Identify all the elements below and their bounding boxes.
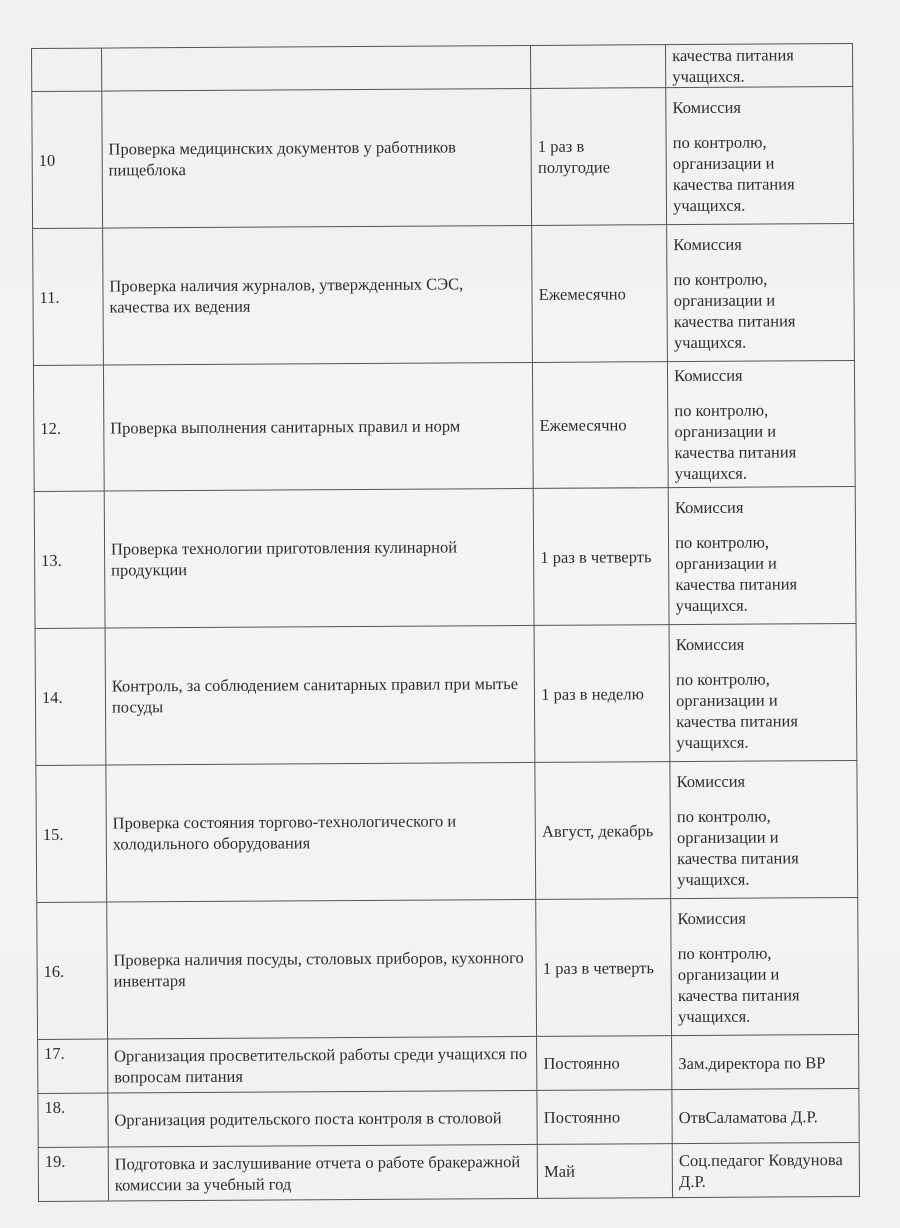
period-text: Ежемесячно xyxy=(539,415,626,435)
responsible-line: по контролю, xyxy=(675,531,849,553)
responsible-cell: Зам.директора по ВР xyxy=(672,1034,859,1089)
table-row: 14.Контроль, за соблюдением санитарных п… xyxy=(35,623,857,765)
responsible-line: по контролю, xyxy=(677,805,851,827)
responsible-cell: Комиссияпо контролю,организации икачеств… xyxy=(667,223,855,361)
period-cell: 1 раз в неделю xyxy=(534,625,670,763)
responsible-line: качества питания xyxy=(677,847,851,869)
responsible-line: качества питания xyxy=(678,984,852,1006)
period-cell: Ежемесячно xyxy=(532,225,668,363)
responsible-line: учащихся. xyxy=(674,331,848,353)
responsible-line: организации и xyxy=(674,289,848,311)
period-cell: Постоянно xyxy=(537,1090,672,1145)
responsible-line: учащихся. xyxy=(673,194,847,216)
document-page: качества питания учащихся. 10Проверка ме… xyxy=(0,0,900,1228)
table-row: 16.Проверка наличия посуды, столовых при… xyxy=(37,897,859,1039)
activity-cell: Проверка медицинских документов у работн… xyxy=(102,88,532,228)
activity-cell: Подготовка и заслушивание отчета о работ… xyxy=(108,1144,538,1201)
responsible-line: по контролю, xyxy=(678,942,852,964)
responsible-cell: Соц.педагог Ковдунова Д.Р. xyxy=(672,1142,859,1197)
activity-text: Проверка выполнения санитарных правил и … xyxy=(110,416,460,437)
activity-cell: Проверка наличия посуды, столовых прибор… xyxy=(107,899,537,1039)
row-number: 19. xyxy=(45,1152,66,1171)
row-number-cell: 13. xyxy=(34,491,105,628)
responsible-line: по контролю, xyxy=(673,131,847,153)
row-number-cell: 19. xyxy=(38,1147,108,1201)
period-cell: 1 раз в полугодие xyxy=(531,88,667,226)
row-number-cell: 18. xyxy=(38,1093,108,1147)
responsible-line: организации и xyxy=(678,963,852,985)
period-cell: Май xyxy=(537,1144,672,1199)
responsible-line: учащихся. xyxy=(676,731,850,753)
table-row: 18.Организация родительского поста контр… xyxy=(38,1088,859,1147)
activity-text: Контроль, за соблюдением санитарных прав… xyxy=(112,674,518,716)
period-cell xyxy=(531,45,666,89)
responsible-title: Комиссия xyxy=(675,496,849,518)
activity-text: Организация родительского поста контроля… xyxy=(114,1108,501,1129)
responsible-line: качества питания xyxy=(673,173,847,195)
period-text: Май xyxy=(544,1162,575,1181)
row-number-cell: 12. xyxy=(33,365,104,491)
activity-cell: Организация родительского поста контроля… xyxy=(108,1090,538,1147)
responsible-line: качества питания xyxy=(674,310,848,332)
period-cell: 1 раз в четверть xyxy=(536,899,672,1037)
responsible-cell: Комиссияпо контролю,организации икачеств… xyxy=(670,760,858,898)
responsible-title: Комиссия xyxy=(677,907,851,929)
period-cell: Август, декабрь xyxy=(535,762,671,900)
row-number: 11. xyxy=(39,287,59,306)
period-cell: 1 раз в четверть xyxy=(533,488,669,626)
row-number-cell: 15. xyxy=(36,765,107,902)
responsible-line: качества питания xyxy=(675,441,849,463)
activity-text: Проверка наличия посуды, столовых прибор… xyxy=(113,948,523,991)
activity-text: Проверка медицинских документов у работн… xyxy=(108,137,456,179)
responsible-line: качества питания xyxy=(675,573,849,595)
responsible-cell: качества питания учащихся. xyxy=(666,43,853,87)
row-number-cell: 14. xyxy=(35,628,106,765)
responsible-line: качества питания xyxy=(676,710,850,732)
responsible-cell: Комиссияпо контролю,организации икачеств… xyxy=(671,897,859,1035)
period-cell: Постоянно xyxy=(537,1036,672,1091)
table-row-continuation: качества питания учащихся. xyxy=(32,43,853,91)
period-cell: Ежемесячно xyxy=(533,362,669,489)
row-number: 13. xyxy=(41,550,62,569)
responsible-title: Комиссия xyxy=(672,96,846,118)
row-number: 17. xyxy=(44,1044,65,1063)
activity-text: Проверка наличия журналов, утвержденных … xyxy=(109,274,463,316)
responsible-line: учащихся. xyxy=(672,65,846,87)
row-number: 16. xyxy=(44,961,65,980)
activity-cell: Проверка выполнения санитарных правил и … xyxy=(103,362,533,491)
responsible-cell: Комиссияпо контролю,организации икачеств… xyxy=(668,360,856,487)
row-number-cell xyxy=(32,48,102,91)
responsible-title: Комиссия xyxy=(677,770,851,792)
activity-cell: Организация просветительской работы сред… xyxy=(107,1036,537,1093)
responsible-text: Соц.педагог Ковдунова Д.Р. xyxy=(679,1150,843,1191)
activity-text: Организация просветительской работы сред… xyxy=(114,1043,527,1086)
period-text: 1 раз в четверть xyxy=(540,547,651,567)
responsible-line: организации и xyxy=(674,420,848,442)
responsible-cell: Комиссияпо контролю,организации икачеств… xyxy=(668,486,856,624)
row-number: 12. xyxy=(40,419,61,438)
responsible-line: организации и xyxy=(673,152,847,174)
responsible-line: учащихся. xyxy=(677,868,851,890)
table-row: 12.Проверка выполнения санитарных правил… xyxy=(33,360,855,491)
responsible-title: Комиссия xyxy=(673,233,847,255)
responsible-title: Комиссия xyxy=(676,633,850,655)
food-control-plan-table: качества питания учащихся. 10Проверка ме… xyxy=(31,43,860,1202)
activity-cell: Проверка наличия журналов, утвержденных … xyxy=(103,225,533,365)
responsible-cell: Комиссияпо контролю,организации икачеств… xyxy=(669,623,857,761)
period-text: 1 раз в четверть xyxy=(543,958,654,978)
row-number-cell: 17. xyxy=(38,1039,108,1093)
responsible-line: по контролю, xyxy=(673,268,847,290)
period-text: 1 раз в неделю xyxy=(541,684,644,704)
responsible-line: качества питания xyxy=(672,44,846,66)
activity-text: Проверка состояния торгово-технологическ… xyxy=(113,811,457,853)
responsible-line: учащихся. xyxy=(675,462,849,484)
responsible-line: организации и xyxy=(676,689,850,711)
table-row: 11.Проверка наличия журналов, утвержденн… xyxy=(33,223,855,365)
row-number-cell: 10 xyxy=(32,91,103,228)
table-row: 15.Проверка состояния торгово-технологич… xyxy=(36,760,858,902)
responsible-cell: ОтвСаламатова Д.Р. xyxy=(672,1088,859,1143)
responsible-line: учащихся. xyxy=(678,1005,852,1027)
period-text: Постоянно xyxy=(544,1107,620,1126)
responsible-title: Комиссия xyxy=(674,364,848,386)
row-number: 18. xyxy=(44,1098,65,1117)
responsible-line: по контролю, xyxy=(676,668,850,690)
period-text: 1 раз в полугодие xyxy=(538,137,610,177)
table-row: 10Проверка медицинских документов у рабо… xyxy=(32,86,854,228)
activity-cell: Контроль, за соблюдением санитарных прав… xyxy=(105,625,535,765)
responsible-text: Зам.директора по ВР xyxy=(678,1053,825,1073)
table-row: 13.Проверка технологии приготовления кул… xyxy=(34,486,856,628)
period-text: Ежемесячно xyxy=(539,284,626,304)
activity-cell: Проверка состояния торгово-технологическ… xyxy=(106,762,536,902)
row-number: 10 xyxy=(39,150,56,169)
period-text: Август, декабрь xyxy=(542,821,653,841)
row-number: 14. xyxy=(42,687,63,706)
responsible-text: ОтвСаламатова Д.Р. xyxy=(679,1107,818,1127)
table-row: 17.Организация просветительской работы с… xyxy=(38,1034,859,1093)
responsible-line: по контролю, xyxy=(674,399,848,421)
responsible-line: организации и xyxy=(675,552,849,574)
period-text: Постоянно xyxy=(543,1053,619,1072)
activity-cell xyxy=(101,45,531,91)
responsible-line: учащихся. xyxy=(675,594,849,616)
row-number-cell: 16. xyxy=(37,902,108,1039)
row-number-cell: 11. xyxy=(33,228,104,365)
activity-cell: Проверка технологии приготовления кулина… xyxy=(104,488,534,628)
responsible-cell: Комиссияпо контролю,организации икачеств… xyxy=(666,86,854,224)
responsible-line: организации и xyxy=(677,826,851,848)
activity-text: Проверка технологии приготовления кулина… xyxy=(111,537,457,579)
activity-text: Подготовка и заслушивание отчета о работ… xyxy=(115,1152,521,1194)
row-number: 15. xyxy=(43,824,64,843)
table-row: 19.Подготовка и заслушивание отчета о ра… xyxy=(38,1142,859,1201)
